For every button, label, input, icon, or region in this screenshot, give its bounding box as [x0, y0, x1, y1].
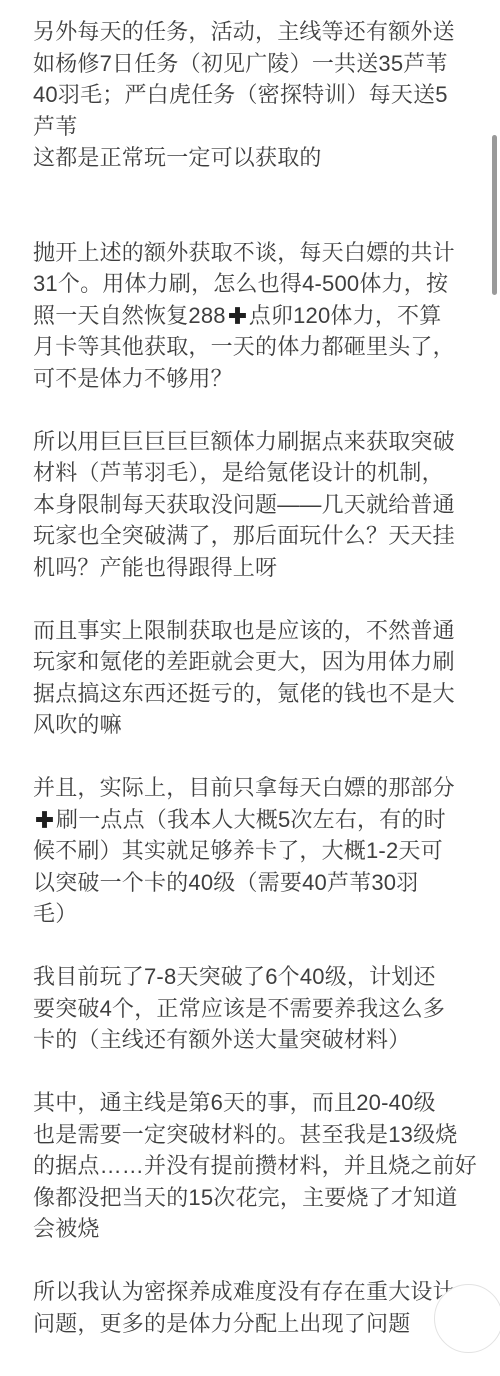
- text-line: 这都是正常玩一定可以获取的: [33, 142, 465, 174]
- text-line: 毛）: [33, 898, 465, 930]
- text-line: 刷一点点（我本人大概5次左右，有的时: [33, 804, 465, 836]
- text-line: 照一天自然恢复288点卯120体力，不算: [33, 300, 465, 332]
- text-line: 其中，通主线是第6天的事，而且20-40级: [33, 1087, 465, 1119]
- text-line: 风吹的嘛: [33, 709, 465, 741]
- paragraph: 并且，实际上，目前只拿每天白嫖的那部分刷一点点（我本人大概5次左右，有的时候不刷…: [33, 772, 465, 930]
- text-line: 如杨修7日任务（初见广陵）一共送35芦苇: [33, 48, 465, 80]
- text-line: 卡的（主线还有额外送大量突破材料）: [33, 1024, 465, 1056]
- heavy-plus-icon: [227, 305, 248, 326]
- text-line: 可不是体力不够用？: [33, 363, 465, 395]
- text-line: 我目前玩了7-8天突破了6个40级，计划还: [33, 961, 465, 993]
- text-line: 候不刷）其实就足够养卡了，大概1-2天可: [33, 835, 465, 867]
- text-line: 芦苇: [33, 111, 465, 143]
- text-line: 月卡等其他获取，一天的体力都砸里头了，: [33, 331, 465, 363]
- paragraph: 另外每天的任务，活动，主线等还有额外送如杨修7日任务（初见广陵）一共送35芦苇4…: [33, 16, 465, 174]
- text-line: 本身限制每天获取没问题——几天就给普通: [33, 489, 465, 521]
- text-line: 而且事实上限制获取也是应该的，不然普通: [33, 615, 465, 647]
- scrollbar-thumb[interactable]: [492, 135, 497, 295]
- text-line: 并且，实际上，目前只拿每天白嫖的那部分: [33, 772, 465, 804]
- floating-action-button[interactable]: [434, 1284, 500, 1353]
- text-line: 另外每天的任务，活动，主线等还有额外送: [33, 16, 465, 48]
- text-line: 玩家和氪佬的差距就会更大，因为用体力刷: [33, 646, 465, 678]
- paragraph: 而且事实上限制获取也是应该的，不然普通玩家和氪佬的差距就会更大，因为用体力刷据点…: [33, 615, 465, 741]
- paragraph: 我目前玩了7-8天突破了6个40级，计划还要突破4个，正常应该是不需要养我这么多…: [33, 961, 465, 1056]
- paragraph: 所以用巨巨巨巨巨额体力刷据点来获取突破材料（芦苇羽毛），是给氪佬设计的机制，本身…: [33, 426, 465, 584]
- text-line: 像都没把当天的15次花完，主要烧了才知道: [33, 1182, 465, 1214]
- text-line: 会被烧: [33, 1213, 465, 1245]
- text-line: 据点搞这东西还挺亏的，氪佬的钱也不是大: [33, 678, 465, 710]
- text-line: 31个。用体力刷，怎么也得4-500体力，按: [33, 268, 465, 300]
- text-line: 材料（芦苇羽毛），是给氪佬设计的机制，: [33, 457, 465, 489]
- text-line: 玩家也全突破满了，那后面玩什么？天天挂: [33, 520, 465, 552]
- heavy-plus-icon: [34, 809, 55, 830]
- text-line: 40羽毛；严白虎任务（密探特训）每天送5: [33, 79, 465, 111]
- paragraph: 所以我认为密探养成难度没有存在重大设计问题，更多的是体力分配上出现了问题: [33, 1276, 465, 1339]
- text-line: 所以我认为密探养成难度没有存在重大设计: [33, 1276, 465, 1308]
- paragraph: 抛开上述的额外获取不谈，每天白嫖的共计31个。用体力刷，怎么也得4-500体力，…: [33, 237, 465, 395]
- text-line: 抛开上述的额外获取不谈，每天白嫖的共计: [33, 237, 465, 269]
- text-line: 所以用巨巨巨巨巨额体力刷据点来获取突破: [33, 426, 465, 458]
- comment-view: 另外每天的任务，活动，主线等还有额外送如杨修7日任务（初见广陵）一共送35芦苇4…: [0, 0, 500, 1376]
- text-line: 要突破4个，正常应该是不需要养我这么多: [33, 993, 465, 1025]
- text-line: 也是需要一定突破材料的。甚至我是13级烧: [33, 1119, 465, 1151]
- comment-body: 另外每天的任务，活动，主线等还有额外送如杨修7日任务（初见广陵）一共送35芦苇4…: [33, 16, 465, 1339]
- text-line: 以突破一个卡的40级（需要40芦苇30羽: [33, 867, 465, 899]
- paragraph: 其中，通主线是第6天的事，而且20-40级也是需要一定突破材料的。甚至我是13级…: [33, 1087, 465, 1245]
- text-line: 机吗？产能也得跟得上呀: [33, 552, 465, 584]
- text-line: 问题，更多的是体力分配上出现了问题: [33, 1308, 465, 1340]
- text-line: 的据点……并没有提前攒材料，并且烧之前好: [33, 1150, 465, 1182]
